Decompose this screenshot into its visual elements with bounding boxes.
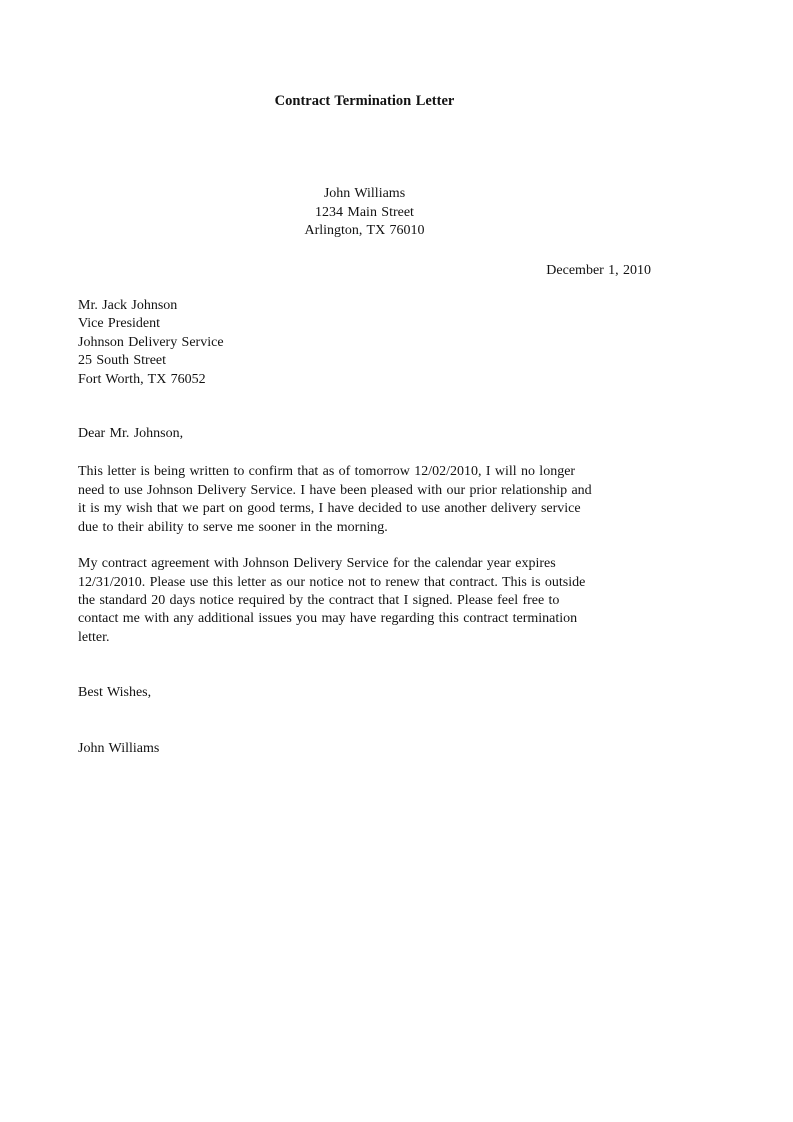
recipient-job-title: Vice President (78, 315, 651, 333)
sender-address-block: John Williams 1234 Main Street Arlington… (78, 185, 651, 240)
recipient-street: 25 South Street (78, 352, 651, 370)
sender-street: 1234 Main Street (78, 204, 651, 222)
letter-title: Contract Termination Letter (78, 92, 651, 110)
recipient-city-state-zip: Fort Worth, TX 76052 (78, 371, 651, 389)
letter-date: December 1, 2010 (78, 262, 651, 280)
signature-name: John Williams (78, 740, 651, 758)
recipient-company: Johnson Delivery Service (78, 334, 651, 352)
sender-name: John Williams (78, 185, 651, 203)
recipient-address-block: Mr. Jack Johnson Vice President Johnson … (78, 297, 651, 389)
letter-page: Contract Termination Letter John William… (0, 0, 793, 1122)
sender-city-state-zip: Arlington, TX 76010 (78, 222, 651, 240)
closing-phrase: Best Wishes, (78, 684, 651, 702)
salutation: Dear Mr. Johnson, (78, 425, 651, 443)
recipient-name: Mr. Jack Johnson (78, 297, 651, 315)
body-paragraph-1: This letter is being written to confirm … (78, 463, 651, 537)
body-paragraph-2: My contract agreement with Johnson Deliv… (78, 555, 651, 647)
